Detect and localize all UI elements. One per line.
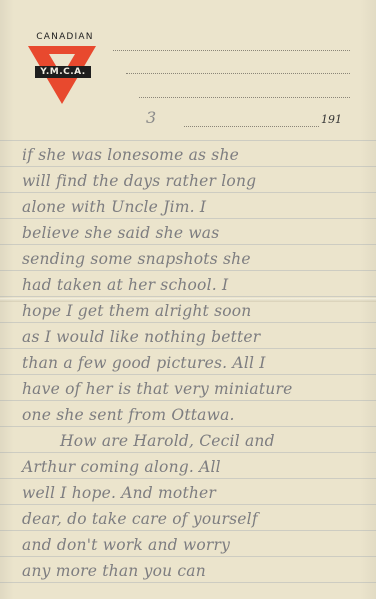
letter-line: will find the days rather long <box>22 172 367 190</box>
header-address-line <box>113 50 350 51</box>
ruled-line <box>0 374 376 375</box>
ruled-line <box>0 218 376 219</box>
ymca-logo: CANADIAN Y.M.C.A. <box>26 32 100 108</box>
letter-line: than a few good pictures. All I <box>22 354 367 372</box>
ruled-line <box>0 504 376 505</box>
ruled-line <box>0 270 376 271</box>
ruled-line <box>0 192 376 193</box>
header-address-line <box>139 97 350 98</box>
letter-line: and don't work and worry <box>22 536 367 554</box>
year-prefix: 191 <box>321 113 342 126</box>
letter-line: if she was lonesome as she <box>22 146 367 164</box>
letter-line: believe she said she was <box>22 224 367 242</box>
letter-line: How are Harold, Cecil and <box>60 432 376 450</box>
letter-line: Arthur coming along. All <box>22 458 367 476</box>
letter-line: as I would like nothing better <box>22 328 367 346</box>
letter-line: one she sent from Ottawa. <box>22 406 367 424</box>
ruled-line <box>0 556 376 557</box>
letter-line: had taken at her school. I <box>22 276 367 294</box>
page-number: 3 <box>146 108 156 127</box>
ruled-line <box>0 322 376 323</box>
ymca-band: Y.M.C.A. <box>35 66 91 78</box>
logo-caption: CANADIAN <box>30 32 100 42</box>
letter-line: have of her is that very miniature <box>22 380 367 398</box>
date-line <box>184 126 319 127</box>
letter-line: any more than you can <box>22 562 367 580</box>
ruled-line <box>0 530 376 531</box>
ruled-line <box>0 296 376 297</box>
ruled-line <box>0 140 376 141</box>
ruled-line <box>0 348 376 349</box>
ruled-line <box>0 244 376 245</box>
ruled-line <box>0 166 376 167</box>
ruled-line <box>0 582 376 583</box>
ruled-line <box>0 426 376 427</box>
letter-line: dear, do take care of yourself <box>22 510 367 528</box>
letter-page: CANADIAN Y.M.C.A. 191 3 if she was lones… <box>0 0 376 599</box>
letter-line: alone with Uncle Jim. I <box>22 198 367 216</box>
ruled-line <box>0 452 376 453</box>
header-address-line <box>126 73 350 74</box>
letter-line: hope I get them alright soon <box>22 302 367 320</box>
letter-line: sending some snapshots she <box>22 250 367 268</box>
ruled-line <box>0 478 376 479</box>
letter-line: well I hope. And mother <box>22 484 367 502</box>
ruled-line <box>0 400 376 401</box>
